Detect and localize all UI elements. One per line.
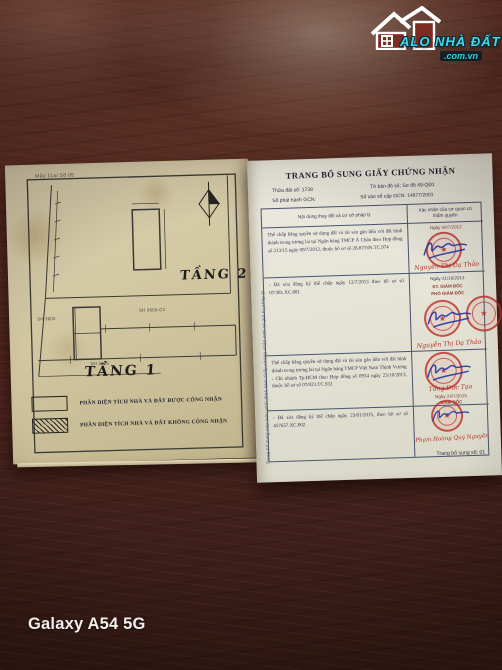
table-row-certification: Ngày 09/7/2012 Nguyễn Thị Dạ Thảo [408,222,485,274]
signer-name: Nguyễn Thị Dạ Thảo [406,260,489,272]
legend-swatch-hatched [32,418,68,434]
book-number-field: Số vào sổ cấp GCN: 14677/2001 [360,192,434,200]
plan-legend: PHẦN DIỆN TÍCH NHÀ VÀ ĐẤT ĐƯỢC CÔNG NHẬN… [31,391,240,434]
table-row-content: Thế chấp bằng quyền sử dụng đất và tài s… [262,224,409,279]
watermark-brand-text: ALO NHÀ ĐẤT [400,34,501,49]
legend-label: PHẦN DIỆN TÍCH NHÀ VÀ ĐẤT ĐƯỢC CÔNG NHẬN [79,396,222,406]
column-header-certification: Xác nhận của cơ quan có thẩm quyền [407,203,483,224]
table-row-certification: Tống Đức Tạo Ngày 24/7/2015 GIÁM ĐỐC [412,349,489,406]
page-title: TRANG BỔ SUNG GIẤY CHỨNG NHẬN [261,165,479,182]
issue-number-field: Số phát hành GCN: [272,197,316,204]
legend-label: PHẦN DIỆN TÍCH NHÀ VÀ ĐẤT KHÔNG CÔNG NHẬ… [80,418,227,428]
plan-annotation: SH 3603 [37,316,56,322]
floor-plan-page: Mẫu 11a/ Số 05 [5,159,256,465]
certificate-supplement-page: Trang bổ sung này luôn phải đính kèm Giấ… [247,153,502,483]
certification-date: Ngày 21/10/2013 [410,275,485,282]
signature-icon [430,404,475,429]
plan-annotation: SH 3603-C4 [139,307,165,313]
photo-of-property-documents: ALO NHÀ ĐẤT .com.vn Mẫu 11a/ Số 05 [0,0,502,670]
table-row-content: - Đã xóa đăng ký thế chấp ngày 12/7/2013… [264,274,412,357]
signature-icon [424,358,477,386]
plan-annotation: SH 3605 [90,361,109,367]
changes-table: Nội dung thay đổi và cơ sở pháp lý Xác n… [261,202,490,463]
signer-title: KT. GIÁM ĐỐC [410,283,485,290]
table-row-content: Thế chấp bằng quyền sử dụng đất và tài s… [266,352,414,412]
signature-icon [425,305,478,333]
table-row-certification: Ngày 21/10/2013 KT. GIÁM ĐỐC PHÓ GIÁM ĐỐ… [410,272,487,352]
map-sheet-field: Tờ bản đồ số: Sơ đồ 49-QĐ1 [370,182,435,190]
signer-name: Phạm Hoàng Quý Nguyên [411,433,494,444]
certification-date: Ngày 09/7/2012 [408,224,483,231]
signer-name: Nguyễn Thị Dạ Thảo [408,338,491,350]
watermark-domain-text: .com.vn [440,51,482,61]
signer-title: PHÓ GIÁM ĐỐC [410,290,485,297]
signature-icon [420,236,473,264]
device-label: Galaxy A54 5G [28,615,146,634]
parcel-number-field: Thửa đất số: 1738 [272,187,313,194]
alonhadat-watermark: ALO NHÀ ĐẤT .com.vn [368,4,500,76]
floor-2-label: TẦNG 2 [179,267,248,284]
legend-swatch-empty [31,396,67,412]
